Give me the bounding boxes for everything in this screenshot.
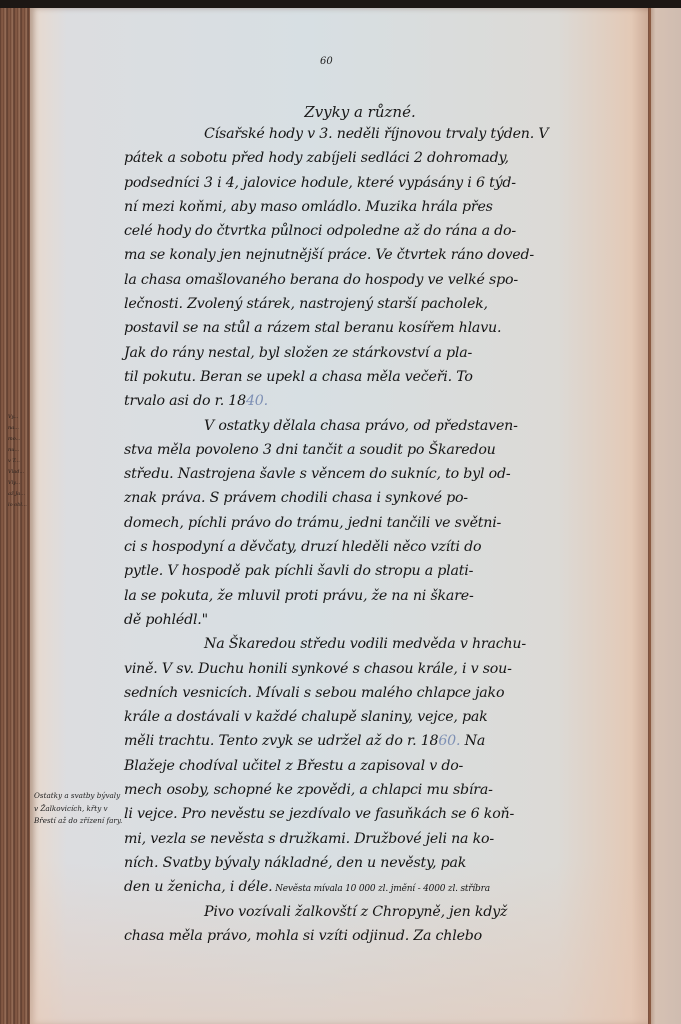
text-line: chasa měla právo, mohla si vzíti odjinud…	[124, 924, 644, 948]
text-line: la se pokuta, že mluvil proti právu, že …	[124, 584, 644, 608]
line-text: vině. V sv. Duchu honili synkové s chaso…	[124, 661, 512, 677]
line-text: ní mezi koňmi, aby maso omládlo. Muzika …	[124, 199, 493, 215]
line-text: Blažeje chodíval učitel z Břestu a zapis…	[124, 758, 463, 774]
text-line: stva měla povoleno 3 dni tančit a soudit…	[124, 438, 644, 462]
small-insert: Nevěsta mívala 10 000 zl. jmění - 4000 z…	[272, 884, 489, 894]
text-line: mech osoby, schopné ke zpovědi, a chlapc…	[124, 778, 644, 802]
text-line: měli trachtu. Tento zvyk se udržel až do…	[124, 729, 644, 753]
line-text: domech, píchli právo do trámu, jedni tan…	[124, 515, 501, 531]
text-line: sedních vesnicích. Mívali s sebou malého…	[124, 681, 644, 705]
line-text: den u ženicha, i déle.	[124, 879, 272, 895]
text-line: Císařské hody v 3. neděli říjnovou trval…	[124, 122, 644, 146]
line-text: dě pohlédl."	[124, 612, 208, 628]
text-line: pytle. V hospodě pak píchli šavli do str…	[124, 559, 644, 583]
text-line: til pokutu. Beran se upekl a chasa měla …	[124, 365, 644, 389]
line-text: til pokutu. Beran se upekl a chasa měla …	[124, 369, 473, 385]
text-line: Pivo vozívali žalkovští z Chropyně, jen …	[124, 900, 644, 924]
line-text: chasa měla právo, mohla si vzíti odjinud…	[124, 928, 482, 944]
text-line: domech, píchli právo do trámu, jedni tan…	[124, 511, 644, 535]
gutter-line	[649, 8, 651, 1024]
facing-page-text: Vy... na... mo... nu... v T... Vlad... V…	[8, 412, 34, 511]
line-text: podsedníci 3 i 4, jalovice hodule, které…	[124, 175, 516, 191]
line-text: ma se konaly jen nejnutnější práce. Ve č…	[124, 247, 534, 263]
page-number: 60	[320, 56, 333, 67]
line-text: mech osoby, schopné ke zpovědi, a chlapc…	[124, 782, 493, 798]
handwritten-body: Císařské hody v 3. neděli říjnovou trval…	[124, 122, 644, 948]
line-text: mi, vezla se nevěsta s družkami. Družbov…	[124, 831, 494, 847]
line-text: la chasa omašlovaného berana do hospody …	[124, 272, 518, 288]
text-line: den u ženicha, i déle. Nevěsta mívala 10…	[124, 875, 644, 899]
text-line: V ostatky dělala chasa právo, od předsta…	[124, 414, 644, 438]
line-text: měli trachtu. Tento zvyk se udržel až do…	[124, 733, 438, 749]
text-line: Na Škaredou středu vodili medvěda v hrac…	[124, 632, 644, 656]
book-page-edges	[0, 8, 32, 1024]
line-text: ních. Svatby bývaly nákladné, den u nevě…	[124, 855, 466, 871]
line-text: středu. Nastrojena šavle s věncem do suk…	[124, 466, 510, 482]
facing-page-edge	[648, 8, 681, 1024]
text-line: středu. Nastrojena šavle s věncem do suk…	[124, 462, 644, 486]
margin-note: Ostatky a svatby bývaly v Žalkovicích, k…	[34, 790, 126, 828]
text-line: mi, vezla se nevěsta s družkami. Družbov…	[124, 827, 644, 851]
line-text: postavil se na stůl a rázem stal beranu …	[124, 320, 501, 336]
text-line: celé hody do čtvrtka půlnoci odpoledne a…	[124, 219, 644, 243]
section-heading: Zvyky a různé.	[130, 103, 590, 121]
text-line: la chasa omašlovaného berana do hospody …	[124, 268, 644, 292]
line-text: sedních vesnicích. Mívali s sebou malého…	[124, 685, 504, 701]
line-text: lečnosti. Zvolený stárek, nastrojený sta…	[124, 296, 488, 312]
line-text: stva měla povoleno 3 dni tančit a soudit…	[124, 442, 496, 458]
line-text: Císařské hody v 3. neděli říjnovou trval…	[204, 126, 548, 142]
pencil-annotation: 40.	[246, 393, 268, 409]
line-text: Jak do rány nestal, byl složen ze stárko…	[124, 345, 472, 361]
line-text: trvalo asi do r. 18	[124, 393, 246, 409]
text-line: Blažeje chodíval učitel z Břestu a zapis…	[124, 754, 644, 778]
text-line: vině. V sv. Duchu honili synkové s chaso…	[124, 657, 644, 681]
text-line: ní mezi koňmi, aby maso omládlo. Muzika …	[124, 195, 644, 219]
pencil-annotation: 60.	[438, 733, 460, 749]
line-text: li vejce. Pro nevěstu se jezdívalo ve fa…	[124, 806, 514, 822]
line-text: V ostatky dělala chasa právo, od předsta…	[204, 418, 518, 434]
text-line: pátek a sobotu před hody zabíjeli sedlác…	[124, 146, 644, 170]
line-text: celé hody do čtvrtka půlnoci odpoledne a…	[124, 223, 516, 239]
text-line: dě pohlédl."	[124, 608, 644, 632]
line-text: la se pokuta, že mluvil proti právu, že …	[124, 588, 474, 604]
line-text: Na Škaredou středu vodili medvěda v hrac…	[204, 636, 526, 652]
line-text: pytle. V hospodě pak píchli šavli do str…	[124, 563, 473, 579]
line-text: pátek a sobotu před hody zabíjeli sedlác…	[124, 150, 509, 166]
line-text-tail: Na	[460, 733, 485, 749]
text-line: li vejce. Pro nevěstu se jezdívalo ve fa…	[124, 802, 644, 826]
text-line: Jak do rány nestal, byl složen ze stárko…	[124, 341, 644, 365]
text-line: znak práva. S právem chodili chasa i syn…	[124, 486, 644, 510]
text-line: lečnosti. Zvolený stárek, nastrojený sta…	[124, 292, 644, 316]
line-text: krále a dostávali v každé chalupě slanin…	[124, 709, 488, 725]
text-line: ma se konaly jen nejnutnější práce. Ve č…	[124, 243, 644, 267]
text-line: krále a dostávali v každé chalupě slanin…	[124, 705, 644, 729]
text-line: ních. Svatby bývaly nákladné, den u nevě…	[124, 851, 644, 875]
text-line: postavil se na stůl a rázem stal beranu …	[124, 316, 644, 340]
line-text: znak práva. S právem chodili chasa i syn…	[124, 490, 468, 506]
text-line: podsedníci 3 i 4, jalovice hodule, které…	[124, 171, 644, 195]
line-text: Pivo vozívali žalkovští z Chropyně, jen …	[204, 904, 507, 920]
text-line: trvalo asi do r. 1840.	[124, 389, 644, 413]
text-line: ci s hospodyní a děvčaty, druzí hleděli …	[124, 535, 644, 559]
line-text: ci s hospodyní a děvčaty, druzí hleděli …	[124, 539, 481, 555]
